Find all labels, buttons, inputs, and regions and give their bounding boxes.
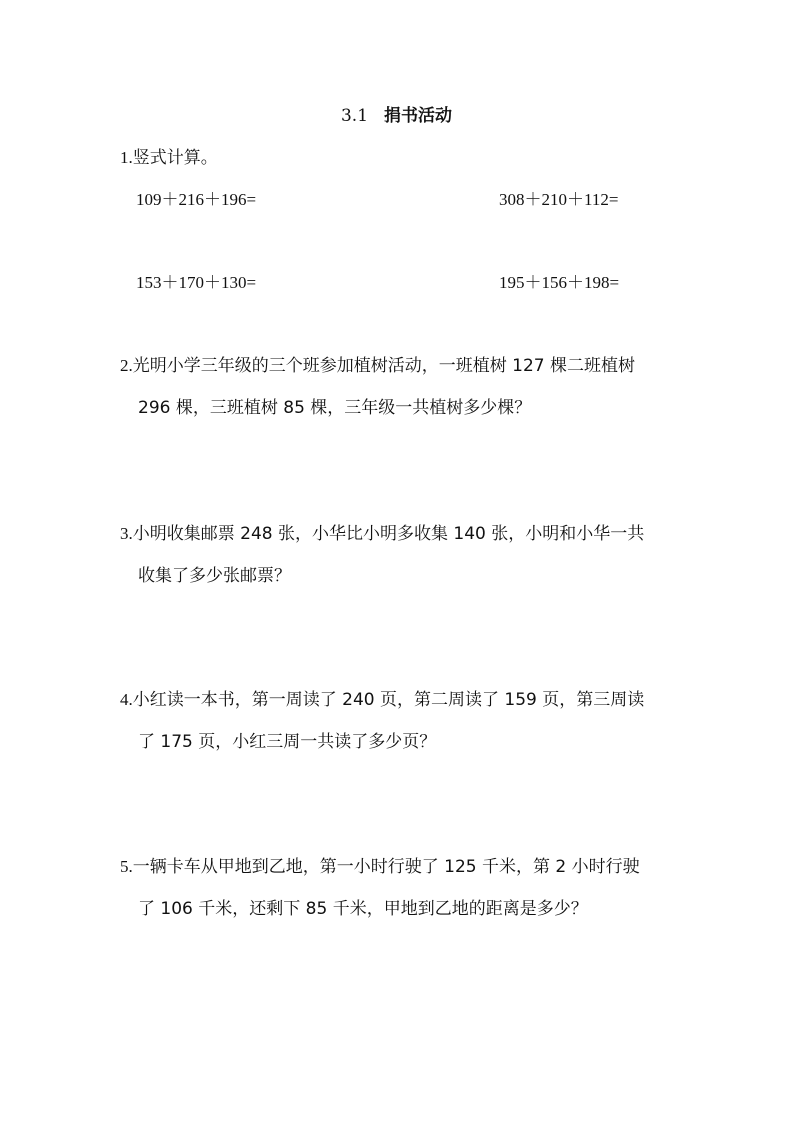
question-5-number: 5. [120,857,133,876]
worksheet-page: 3.1捐书活动 1.竖式计算。 109＋216＋196= 308＋210＋112… [0,0,793,1122]
question-5-text-1: 一辆卡车从甲地到乙地，第一小时行驶了 125 千米，第 2 小时行驶 [133,857,640,877]
question-5-line-2: 了 106 千米，还剩下 85 千米，甲地到乙地的距离是多少？ [138,897,588,921]
question-4-line-1: 4.小红读一本书，第一周读了 240 页，第二周读了 159 页，第三周读 [120,688,644,712]
question-1-prompt: 1.竖式计算。 [120,146,218,170]
question-3-line-2: 收集了多少张邮票？ [138,564,291,588]
expression-3: 153＋170＋130= [136,271,256,295]
question-2-line-2: 296 棵，三班植树 85 棵，三年级一共植树多少棵？ [138,396,531,420]
question-4-number: 4. [120,690,133,709]
question-3-text-1: 小明收集邮票 248 张，小华比小明多收集 140 张，小明和小华一共 [133,524,645,544]
question-1-number: 1. [120,148,133,167]
expression-2: 308＋210＋112= [499,188,618,212]
question-1-text: 竖式计算。 [133,148,218,168]
page-title: 3.1捐书活动 [0,104,793,128]
section-title: 捐书活动 [384,106,452,126]
question-3-number: 3. [120,524,133,543]
question-2-line-1: 2.光明小学三年级的三个班参加植树活动，一班植树 127 棵二班植树 [120,354,635,378]
question-4-text-1: 小红读一本书，第一周读了 240 页，第二周读了 159 页，第三周读 [133,690,645,710]
question-4-line-2: 了 175 页，小红三周一共读了多少页？ [138,730,436,754]
section-number: 3.1 [341,106,368,126]
question-2-number: 2. [120,356,133,375]
expression-4: 195＋156＋198= [499,271,619,295]
question-2-text-1: 光明小学三年级的三个班参加植树活动，一班植树 127 棵二班植树 [133,356,635,376]
question-5-line-1: 5.一辆卡车从甲地到乙地，第一小时行驶了 125 千米，第 2 小时行驶 [120,855,640,879]
question-3-line-1: 3.小明收集邮票 248 张，小华比小明多收集 140 张，小明和小华一共 [120,522,644,546]
expression-1: 109＋216＋196= [136,188,256,212]
